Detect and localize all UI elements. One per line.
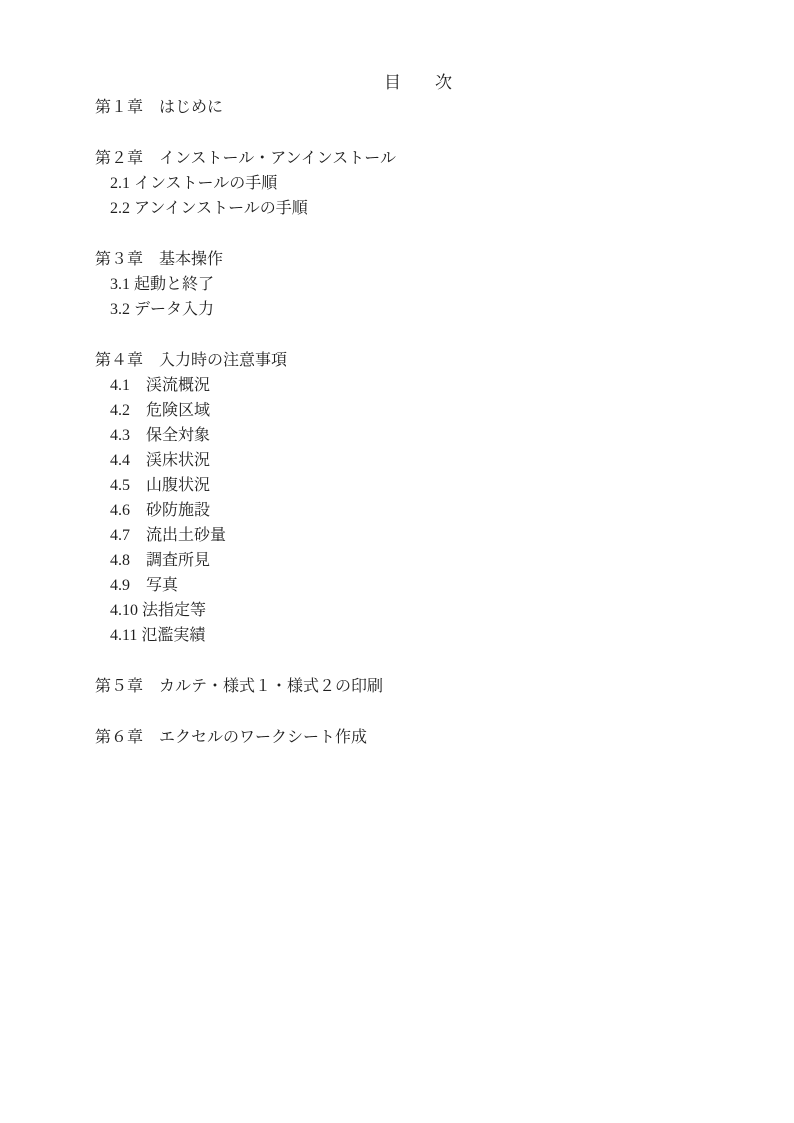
table-of-contents: 第１章 はじめに第２章 インストール・アンインストール2.1 インストールの手順… bbox=[95, 95, 715, 750]
toc-section-entry: 3.2 データ入力 bbox=[95, 297, 715, 322]
toc-section-entry: 4.7 流出土砂量 bbox=[95, 523, 715, 548]
toc-section-entry: 4.3 保全対象 bbox=[95, 423, 715, 448]
toc-section-entry: 4.9 写真 bbox=[95, 573, 715, 598]
toc-chapter-entry: 第４章 入力時の注意事項 bbox=[95, 348, 715, 373]
toc-section-entry: 4.8 調査所見 bbox=[95, 548, 715, 573]
toc-chapter-entry: 第６章 エクセルのワークシート作成 bbox=[95, 725, 715, 750]
toc-section-entry: 4.6 砂防施設 bbox=[95, 498, 715, 523]
toc-chapter-entry: 第１章 はじめに bbox=[95, 95, 715, 120]
toc-section-entry: 4.11 氾濫実績 bbox=[95, 623, 715, 648]
toc-chapter-entry: 第３章 基本操作 bbox=[95, 247, 715, 272]
toc-section-entry: 4.2 危険区域 bbox=[95, 398, 715, 423]
toc-section-entry: 4.4 渓床状況 bbox=[95, 448, 715, 473]
page-title: 目 次 bbox=[384, 70, 452, 95]
toc-section-entry: 3.1 起動と終了 bbox=[95, 272, 715, 297]
toc-chapter-entry: 第２章 インストール・アンインストール bbox=[95, 146, 715, 171]
toc-chapter-entry: 第５章 カルテ・様式１・様式２の印刷 bbox=[95, 674, 715, 699]
toc-section-entry: 2.2 アンインストールの手順 bbox=[95, 196, 715, 221]
toc-section-entry: 4.10 法指定等 bbox=[95, 598, 715, 623]
toc-section-entry: 4.1 渓流概況 bbox=[95, 373, 715, 398]
document-page: 目 次 第１章 はじめに第２章 インストール・アンインストール2.1 インストー… bbox=[0, 0, 794, 1123]
toc-section-entry: 4.5 山腹状況 bbox=[95, 473, 715, 498]
toc-section-entry: 2.1 インストールの手順 bbox=[95, 171, 715, 196]
